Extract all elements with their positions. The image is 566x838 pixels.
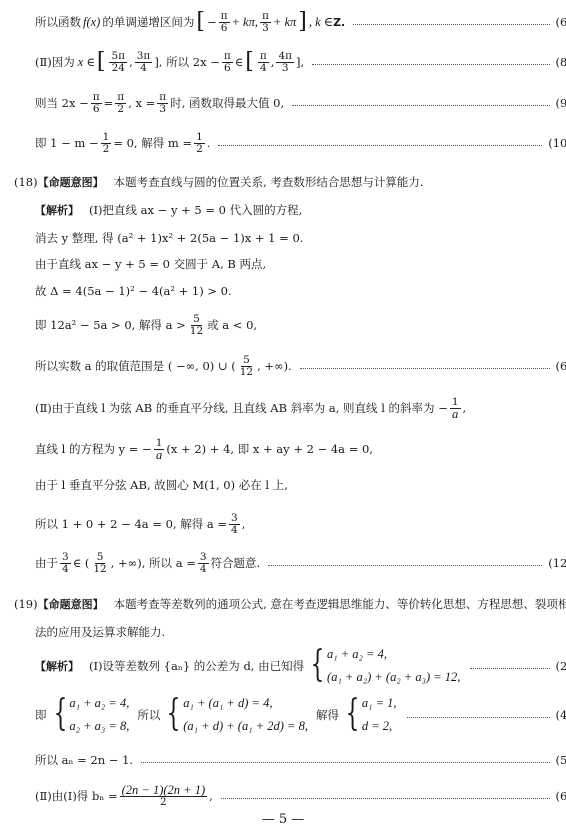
fraction: π6: [222, 51, 233, 74]
line-text: 所以函数: [35, 14, 81, 30]
fraction: 1a: [154, 438, 165, 461]
fraction: 3π4: [135, 51, 153, 74]
left-bracket: [: [196, 11, 205, 33]
equation-system: { a₁ + a₂ = 4,(a₁ + a₂) + (a₂ + a₃) = 12…: [306, 647, 460, 685]
fraction: π6: [91, 92, 102, 115]
brace-icon: {: [167, 696, 181, 734]
score-label: (6 分): [556, 14, 566, 30]
question-heading-18: (18) 【命题意图】 本题考查直线与圆的位置关系, 考查数形结合思想与计算能力…: [0, 167, 566, 197]
equation-system: { a₁ + a₂ = 4,a₂ + a₃ = 8,: [49, 696, 130, 734]
page-number: — 5 —: [0, 812, 566, 827]
solution-line: 所以 aₙ = 2n − 1. (5 分): [0, 745, 566, 775]
dot-leader: [300, 367, 550, 369]
right-bracket: ]: [298, 11, 307, 33]
brace-icon: {: [346, 696, 360, 734]
fraction: 4π3: [276, 51, 294, 74]
fraction: 34: [229, 513, 240, 536]
solution-line: 由于直线 ax − y + 5 = 0 交圆于 A, B 两点,: [0, 249, 566, 279]
section-tag: 【解析】: [35, 658, 79, 674]
line-text: 所以 aₙ = 2n − 1.: [35, 752, 133, 768]
line-text: 法的应用及运算求解能力.: [35, 624, 165, 640]
solution-line: 即 1 − m − 12 = 0, 解得 m = 12 . (10 分): [0, 128, 566, 158]
fraction: π3: [157, 92, 168, 115]
solution-line: (Ⅱ)因为 x ∈ [ 5π24 , 3π4 ], 所以 2x − π6 ∈ […: [0, 47, 566, 77]
fraction: π6: [219, 11, 230, 34]
dot-leader: [141, 761, 549, 763]
section-tag: 【命题意图】: [38, 174, 104, 190]
line-text: 故 Δ = 4(5a − 1)² − 4(a² + 1) > 0.: [35, 283, 232, 299]
solution-line: (Ⅱ)由(Ⅰ)得 bₙ = (2n − 1)(2n + 1)2 , (6 分): [0, 781, 566, 811]
question-number: (18): [14, 175, 38, 189]
solution-line: 由于 34 ∈ ( 512 , +∞), 所以 a = 34 符合题意. (12…: [0, 548, 566, 578]
solution-line: 所以实数 a 的取值范围是 ( −∞, 0) ∪ ( 512 , +∞). (6…: [0, 351, 566, 381]
fraction: π3: [260, 11, 271, 34]
line-text: 消去 y 整理, 得 (a² + 1)x² + 2(5a − 1)x + 1 =…: [35, 230, 303, 246]
line-text: 的单调递增区间为: [102, 14, 194, 30]
brace-icon: {: [311, 647, 325, 685]
dot-leader: [268, 564, 542, 566]
score-label: (5 分): [556, 752, 566, 768]
fraction: 512: [188, 314, 205, 337]
fraction: (2n − 1)(2n + 1)2: [120, 785, 208, 808]
score-label: (2 分): [556, 658, 566, 674]
fraction: 1a: [450, 397, 461, 420]
math-fx: f(x): [83, 15, 100, 30]
solution-line: 即 { a₁ + a₂ = 4,a₂ + a₃ = 8, 所以 { a₁ + (…: [0, 694, 566, 736]
solution-line: 【解析】 (Ⅰ)设等差数列 {aₙ} 的公差为 d, 由已知得 { a₁ + a…: [0, 645, 566, 687]
score-label: (6 分): [556, 358, 566, 374]
fraction: 12: [101, 132, 112, 155]
section-tag: 【命题意图】: [38, 596, 104, 612]
fraction: 512: [238, 355, 255, 378]
dot-leader: [218, 144, 542, 146]
solution-line: 所以函数 f(x) 的单调递增区间为 [ − π6 + kπ, π3 + kπ …: [0, 7, 566, 37]
solution-line: 则当 2x − π6 = π2 , x = π3 时, 函数取得最大值 0, (…: [0, 88, 566, 118]
fraction: 34: [60, 552, 71, 575]
score-label: (9 分): [556, 95, 566, 111]
fraction: 12: [194, 132, 205, 155]
dot-leader: [353, 23, 549, 25]
solution-line: 故 Δ = 4(5a − 1)² − 4(a² + 1) > 0.: [0, 276, 566, 306]
line-text: 由于直线 ax − y + 5 = 0 交圆于 A, B 两点,: [35, 256, 266, 272]
solution-line: 即 12a² − 5a > 0, 解得 a > 512 或 a < 0,: [0, 310, 566, 340]
score-label: (6 分): [556, 788, 566, 804]
solution-line: (Ⅱ)由于直线 l 为弦 AB 的垂直平分线, 且直线 AB 斜率为 a, 则直…: [0, 393, 566, 423]
solution-line: 由于 l 垂直平分弦 AB, 故圆心 M(1, 0) 必在 l 上,: [0, 470, 566, 500]
dot-leader: [470, 667, 549, 669]
fraction: 512: [91, 552, 108, 575]
brace-icon: {: [53, 696, 67, 734]
fraction: π2: [115, 92, 126, 115]
line-text: 本题考查直线与圆的位置关系, 考查数形结合思想与计算能力.: [114, 174, 424, 190]
fraction: 5π24: [109, 51, 127, 74]
question-number: (19): [14, 597, 38, 611]
line-text: 由于 l 垂直平分弦 AB, 故圆心 M(1, 0) 必在 l 上,: [35, 477, 288, 493]
dot-leader: [407, 716, 550, 718]
equation-system: { a₁ = 1,d = 2,: [341, 696, 397, 734]
fraction: π4: [258, 51, 269, 74]
score-label: (10 分): [548, 135, 566, 151]
solution-line: 【解析】 (Ⅰ)把直线 ax − y + 5 = 0 代入圆的方程,: [0, 195, 566, 225]
dot-leader: [221, 797, 550, 799]
solution-line: 直线 l 的方程为 y = − 1a (x + 2) + 4, 即 x + ay…: [0, 434, 566, 464]
line-text: 本题考查等差数列的通项公式, 意在考查逻辑思维能力、等价转化思想、方程思想、裂项…: [114, 596, 566, 612]
line-text: (Ⅰ)设等差数列 {aₙ} 的公差为 d, 由已知得: [89, 658, 304, 674]
section-tag: 【解析】: [35, 202, 79, 218]
score-label: (8 分): [556, 54, 566, 70]
score-label: (4 分): [556, 707, 566, 723]
dot-leader: [292, 104, 549, 106]
question-heading-19: (19) 【命题意图】 本题考查等差数列的通项公式, 意在考查逻辑思维能力、等价…: [0, 589, 566, 619]
solution-line: 法的应用及运算求解能力.: [0, 617, 566, 647]
equation-system: { a₁ + (a₁ + d) = 4,(a₁ + d) + (a₁ + 2d)…: [162, 696, 308, 734]
line-text: (Ⅰ)把直线 ax − y + 5 = 0 代入圆的方程,: [89, 202, 302, 218]
score-label: (12 分): [548, 555, 566, 571]
solution-line: 所以 1 + 0 + 2 − 4a = 0, 解得 a = 34 ,: [0, 509, 566, 539]
dot-leader: [312, 63, 549, 65]
fraction: 34: [198, 552, 209, 575]
